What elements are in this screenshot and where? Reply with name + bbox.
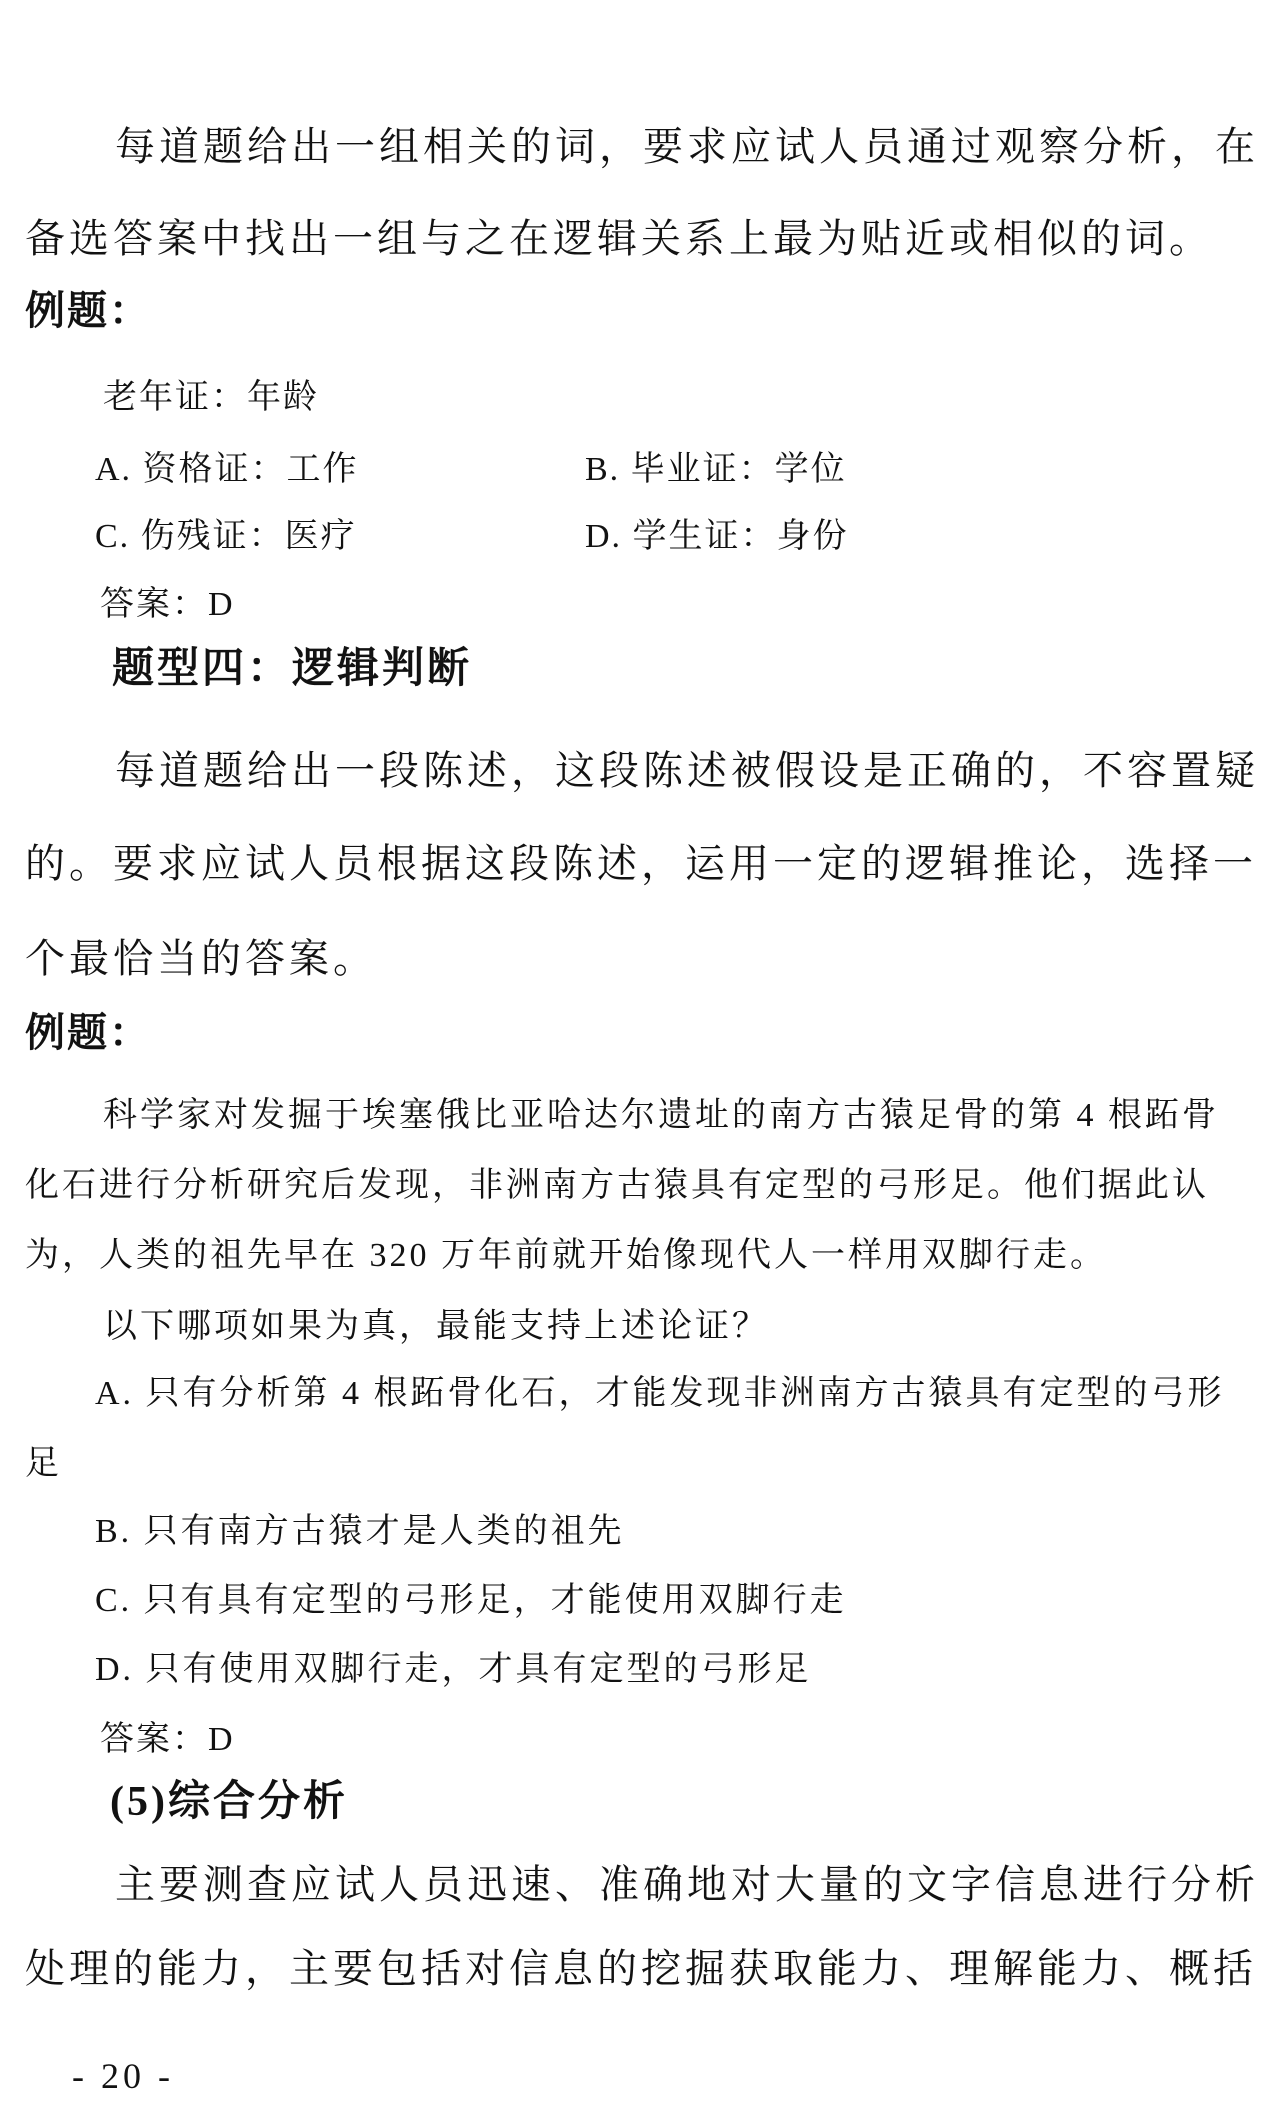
comprehensive-body-line-1: 主要测查应试人员迅速、准确地对大量的文字信息进行分析 — [115, 1862, 1259, 1908]
logic-example-heading: 例题： — [25, 1010, 151, 1056]
logic-passage-line-2: 化石进行分析研究后发现，非洲南方古猿具有定型的弓形足。他们据此认 — [25, 1166, 1209, 1205]
logic-option-a-line-1: A. 只有分析第 4 根跖骨化石，才能发现非洲南方古猿具有定型的弓形 — [95, 1374, 1225, 1413]
logic-intro-line-1: 每道题给出一段陈述，这段陈述被假设是正确的，不容置疑 — [115, 748, 1259, 794]
document-page: 每道题给出一组相关的词，要求应试人员通过观察分析，在 备选答案中找出一组与之在逻… — [0, 0, 1280, 2113]
logic-intro-line-3: 个最恰当的答案。 — [25, 936, 377, 982]
logic-intro-line-2: 的。要求应试人员根据这段陈述，运用一定的逻辑推论，选择一 — [25, 841, 1257, 887]
logic-passage-line-3: 为，人类的祖先早在 320 万年前就开始像现代人一样用双脚行走。 — [25, 1236, 1107, 1275]
analogy-answer: 答案：D — [100, 585, 235, 624]
logic-option-b: B. 只有南方古猿才是人类的祖先 — [95, 1512, 625, 1551]
analogy-option-a: A. 资格证：工作 — [95, 450, 359, 489]
analogy-option-d: D. 学生证：身份 — [585, 517, 849, 556]
analogy-option-c: C. 伤残证：医疗 — [95, 517, 357, 556]
logic-section-heading: 题型四：逻辑判断 — [112, 645, 472, 693]
page-number: - 20 - — [72, 2056, 174, 2097]
logic-option-d: D. 只有使用双脚行走，才具有定型的弓形足 — [95, 1650, 812, 1689]
comprehensive-body-line-2: 处理的能力，主要包括对信息的挖掘获取能力、理解能力、概括 — [25, 1946, 1257, 1992]
logic-option-a-line-2: 足 — [25, 1444, 62, 1483]
comprehensive-section-heading: (5)综合分析 — [110, 1778, 348, 1826]
logic-passage-line-1: 科学家对发掘于埃塞俄比亚哈达尔遗址的南方古猿足骨的第 4 根跖骨 — [103, 1096, 1219, 1135]
analogy-example-heading: 例题： — [25, 288, 151, 334]
logic-answer: 答案：D — [100, 1720, 235, 1759]
analogy-option-b: B. 毕业证：学位 — [585, 450, 847, 489]
analogy-intro-line-2: 备选答案中找出一组与之在逻辑关系上最为贴近或相似的词。 — [25, 216, 1213, 262]
analogy-intro-line-1: 每道题给出一组相关的词，要求应试人员通过观察分析，在 — [115, 124, 1259, 170]
logic-question: 以下哪项如果为真，最能支持上述论证？ — [103, 1307, 769, 1346]
analogy-stem: 老年证：年龄 — [103, 378, 319, 417]
logic-option-c: C. 只有具有定型的弓形足，才能使用双脚行走 — [95, 1581, 847, 1620]
